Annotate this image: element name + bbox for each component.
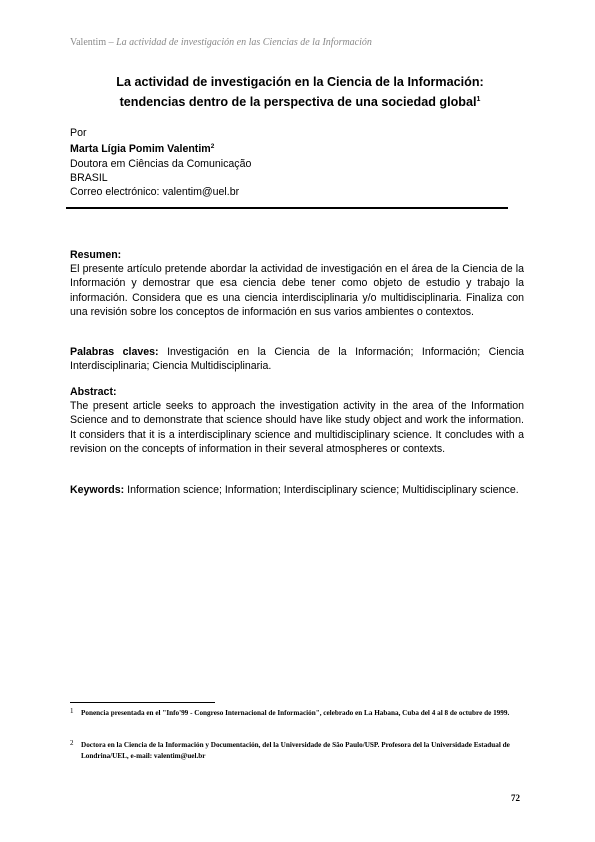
author-name: Marta Lígia Pomim Valentim2 [70, 140, 251, 156]
author-name-text: Marta Lígia Pomim Valentim [70, 143, 211, 155]
footnote-1: 1 Ponencia presentada en el "Info'99 - C… [70, 708, 526, 719]
author-block: Por Marta Lígia Pomim Valentim2 Doutora … [70, 126, 251, 199]
running-header-author: Valentim [70, 37, 106, 48]
keywords-section: Keywords: Information science; Informati… [70, 483, 524, 497]
running-header: Valentim – La actividad de investigación… [70, 37, 372, 48]
keywords-label: Keywords: [70, 484, 124, 496]
abstract-body: The present article seeks to approach th… [70, 399, 524, 456]
article-title: La actividad de investigación en la Cien… [60, 74, 540, 111]
abstract-section: Abstract: The present article seeks to a… [70, 385, 524, 456]
keywords-text: Information science; Information; Interd… [127, 484, 519, 496]
footnote-1-text: Ponencia presentada en el "Info'99 - Con… [70, 708, 526, 719]
footnote-separator [70, 702, 215, 703]
resumen-body: El presente artículo pretende abordar la… [70, 262, 524, 319]
author-email: Correo electrónico: valentim@uel.br [70, 185, 251, 199]
footnote-2: 2 Doctora en la Ciencia de la Informació… [70, 740, 526, 762]
resumen-section: Resumen: El presente artículo pretende a… [70, 248, 524, 319]
palabras-claves-label: Palabras claves: [70, 346, 159, 358]
author-degree: Doutora em Ciências da Comunicação [70, 157, 251, 171]
keywords-body: Keywords: Information science; Informati… [70, 483, 524, 497]
running-header-separator: – [109, 37, 114, 48]
abstract-heading: Abstract: [70, 385, 524, 399]
palabras-claves-section: Palabras claves: Investigación en la Cie… [70, 345, 524, 373]
by-label: Por [70, 126, 251, 140]
palabras-claves-body: Palabras claves: Investigación en la Cie… [70, 345, 524, 373]
article-title-line-1: La actividad de investigación en la Cien… [60, 74, 540, 91]
author-footnote-marker[interactable]: 2 [211, 143, 215, 150]
page-number: 72 [511, 793, 520, 803]
article-title-line-2: tendencias dentro de la perspectiva de u… [60, 91, 540, 111]
section-divider [66, 207, 508, 209]
resumen-heading: Resumen: [70, 248, 524, 262]
article-title-line-2-text: tendencias dentro de la perspectiva de u… [120, 95, 477, 109]
title-footnote-marker[interactable]: 1 [477, 96, 481, 103]
running-header-title: La actividad de investigación en las Cie… [116, 37, 372, 48]
footnote-2-marker: 2 [70, 738, 74, 749]
footnote-1-marker: 1 [70, 706, 74, 717]
footnote-2-text: Doctora en la Ciencia de la Información … [70, 740, 526, 762]
author-country: BRASIL [70, 171, 251, 185]
document-page: Valentim – La actividad de investigación… [0, 0, 595, 842]
